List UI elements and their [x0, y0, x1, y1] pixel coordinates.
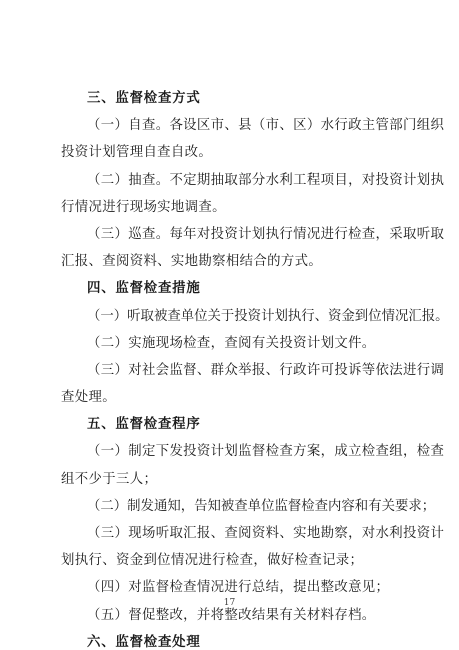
document-page: 三、监督检查方式 （一）自查。各设区市、县（市、区）水行政主管部门组织 投资计划…	[0, 0, 459, 650]
paragraph-line: （二）制发通知，告知被查单位监督检查内容和有关要求；	[61, 493, 400, 520]
page-number: 17	[0, 598, 459, 608]
paragraph-line: （一）自查。各设区市、县（市、区）水行政主管部门组织	[61, 112, 400, 139]
paragraph-line: （二）抽查。不定期抽取部分水利工程项目，对投资计划执	[61, 167, 400, 194]
paragraph-line: （三）现场听取汇报、查阅资料、实地勘察，对水利投资计	[61, 520, 400, 547]
paragraph-line: 投资计划管理自查自改。	[61, 139, 400, 166]
paragraph-line: （一）制定下发投资计划监督检查方案，成立检查组，检查	[61, 438, 400, 465]
paragraph-line: （一）听取被查单位关于投资计划执行、资金到位情况汇报。	[61, 303, 400, 330]
paragraph-line: 行情况进行现场实地调查。	[61, 194, 400, 221]
paragraph-line: 组不少于三人；	[61, 466, 400, 493]
paragraph-line: 汇报、查阅资料、实地勘察相结合的方式。	[61, 248, 400, 275]
paragraph-line: （三）巡查。每年对投资计划执行情况进行检查，采取听取	[61, 221, 400, 248]
section-heading-5: 五、监督检查程序	[61, 411, 400, 438]
section-heading-3: 三、监督检查方式	[61, 85, 400, 112]
paragraph-line: 查处理。	[61, 384, 400, 411]
section-heading-6: 六、监督检查处理	[61, 629, 400, 650]
paragraph-line: （二）实施现场检查，查阅有关投资计划文件。	[61, 330, 400, 357]
section-heading-4: 四、监督检查措施	[61, 275, 400, 302]
paragraph-line: （三）对社会监督、群众举报、行政许可投诉等依法进行调	[61, 357, 400, 384]
document-body: 三、监督检查方式 （一）自查。各设区市、县（市、区）水行政主管部门组织 投资计划…	[61, 85, 400, 650]
paragraph-line: 划执行、资金到位情况进行检查，做好检查记录；	[61, 547, 400, 574]
